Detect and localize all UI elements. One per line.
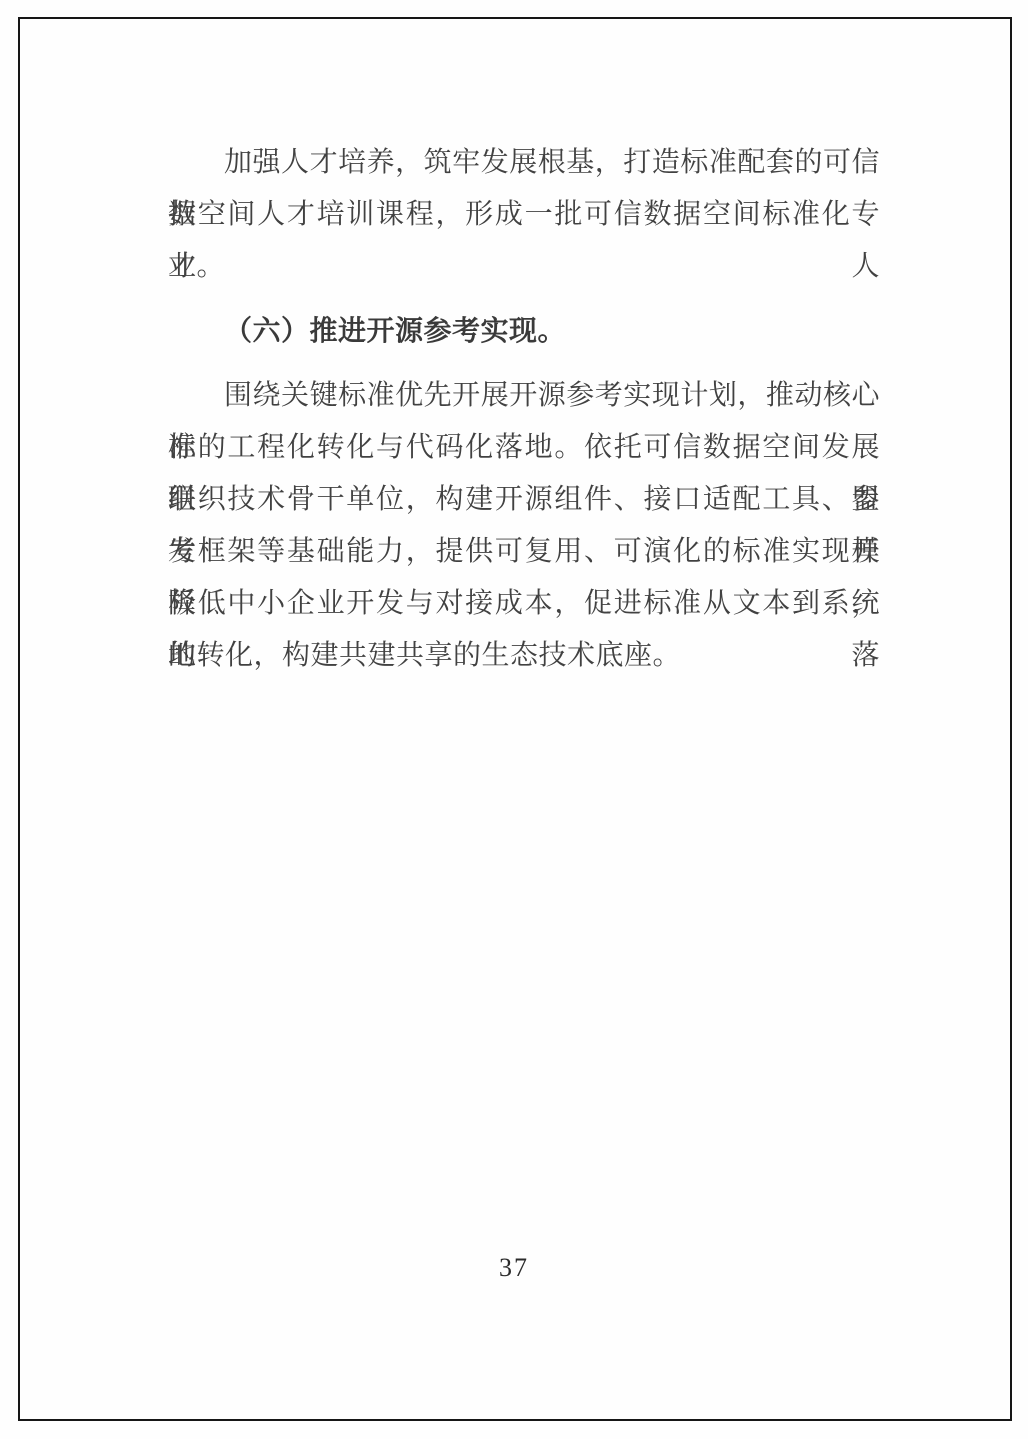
paragraph-line: 组织技术骨干单位，构建开源组件、接口适配工具、参考开	[168, 474, 880, 526]
paragraph-talent-training: 加强人才培养，筑牢发展根基，打造标准配套的可信数 据空间人才培训课程，形成一批可…	[168, 137, 880, 293]
section-heading-six-open-source: （六）推进开源参考实现。	[168, 306, 880, 358]
document-page: 加强人才培养，筑牢发展根基，打造标准配套的可信数 据空间人才培训课程，形成一批可…	[0, 0, 1028, 1439]
paragraph-line: 降低中小企业开发与对接成本，促进标准从文本到系统的落	[168, 578, 880, 630]
paragraph-open-source-reference: 围绕关键标准优先开展开源参考实现计划，推动核心标 准的工程化转化与代码化落地。依…	[168, 370, 880, 682]
paragraph-line: 据空间人才培训课程，形成一批可信数据空间标准化专业人	[168, 189, 880, 241]
page-number: 37	[0, 1250, 1028, 1286]
paragraph-line: 围绕关键标准优先开展开源参考实现计划，推动核心标	[168, 370, 880, 422]
paragraph-line: 发框架等基础能力，提供可复用、可演化的标准实现模板，	[168, 526, 880, 578]
paragraph-line: 准的工程化转化与代码化落地。依托可信数据空间发展联盟	[168, 422, 880, 474]
page-content: 加强人才培养，筑牢发展根基，打造标准配套的可信数 据空间人才培训课程，形成一批可…	[168, 137, 880, 682]
paragraph-line: 加强人才培养，筑牢发展根基，打造标准配套的可信数	[168, 137, 880, 189]
